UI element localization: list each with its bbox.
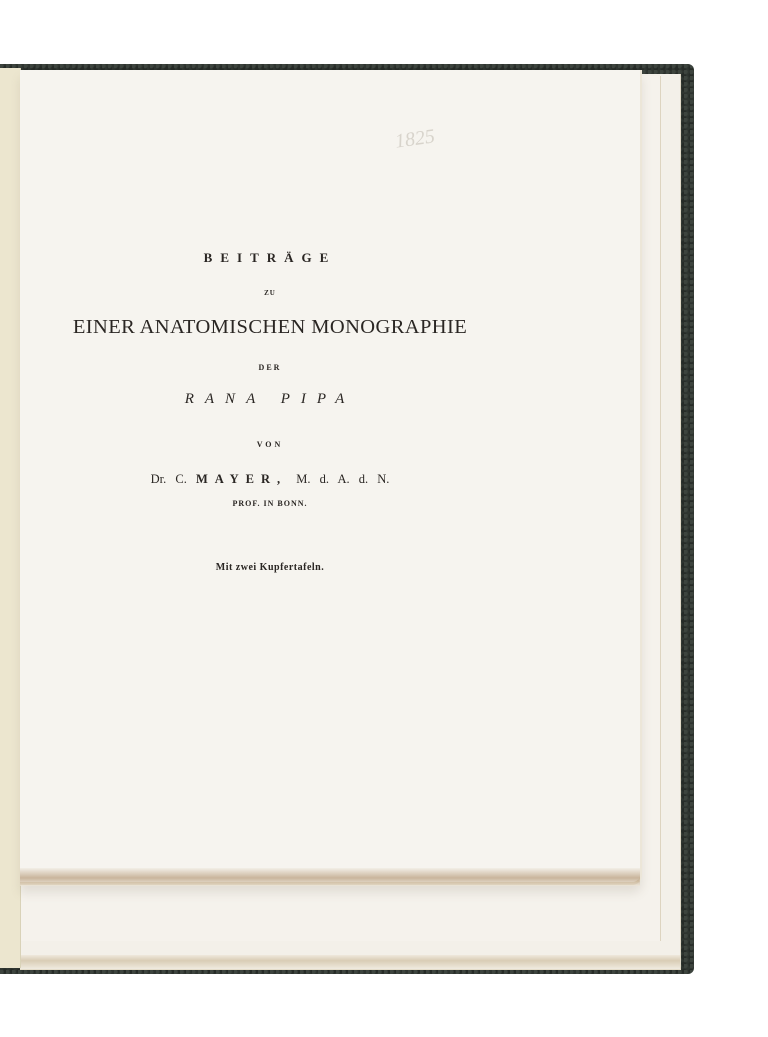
author-name: MAYER,	[196, 472, 287, 486]
spine-flap	[0, 68, 21, 968]
author-suffix: M. d. A. d. N.	[296, 472, 389, 486]
title-line-der: DER	[40, 363, 500, 372]
author-prefix: Dr. C.	[151, 472, 187, 486]
main-title: EINER ANATOMISCHEN MONOGRAPHIE	[40, 316, 500, 339]
title-line-beitraege: BEITRÄGE	[40, 250, 500, 266]
author-line: Dr. C. MAYER, M. d. A. d. N.	[40, 472, 500, 487]
affiliation: PROF. IN BONN.	[40, 499, 500, 508]
title-line-zu: ZU	[40, 289, 500, 297]
species-name: RANA PIPA	[40, 391, 500, 408]
deckle-edge	[20, 868, 640, 886]
plates-note: Mit zwei Kupfertafeln.	[40, 562, 500, 573]
title-line-von: VON	[40, 440, 500, 449]
deckle-edge-bottom	[20, 955, 680, 969]
